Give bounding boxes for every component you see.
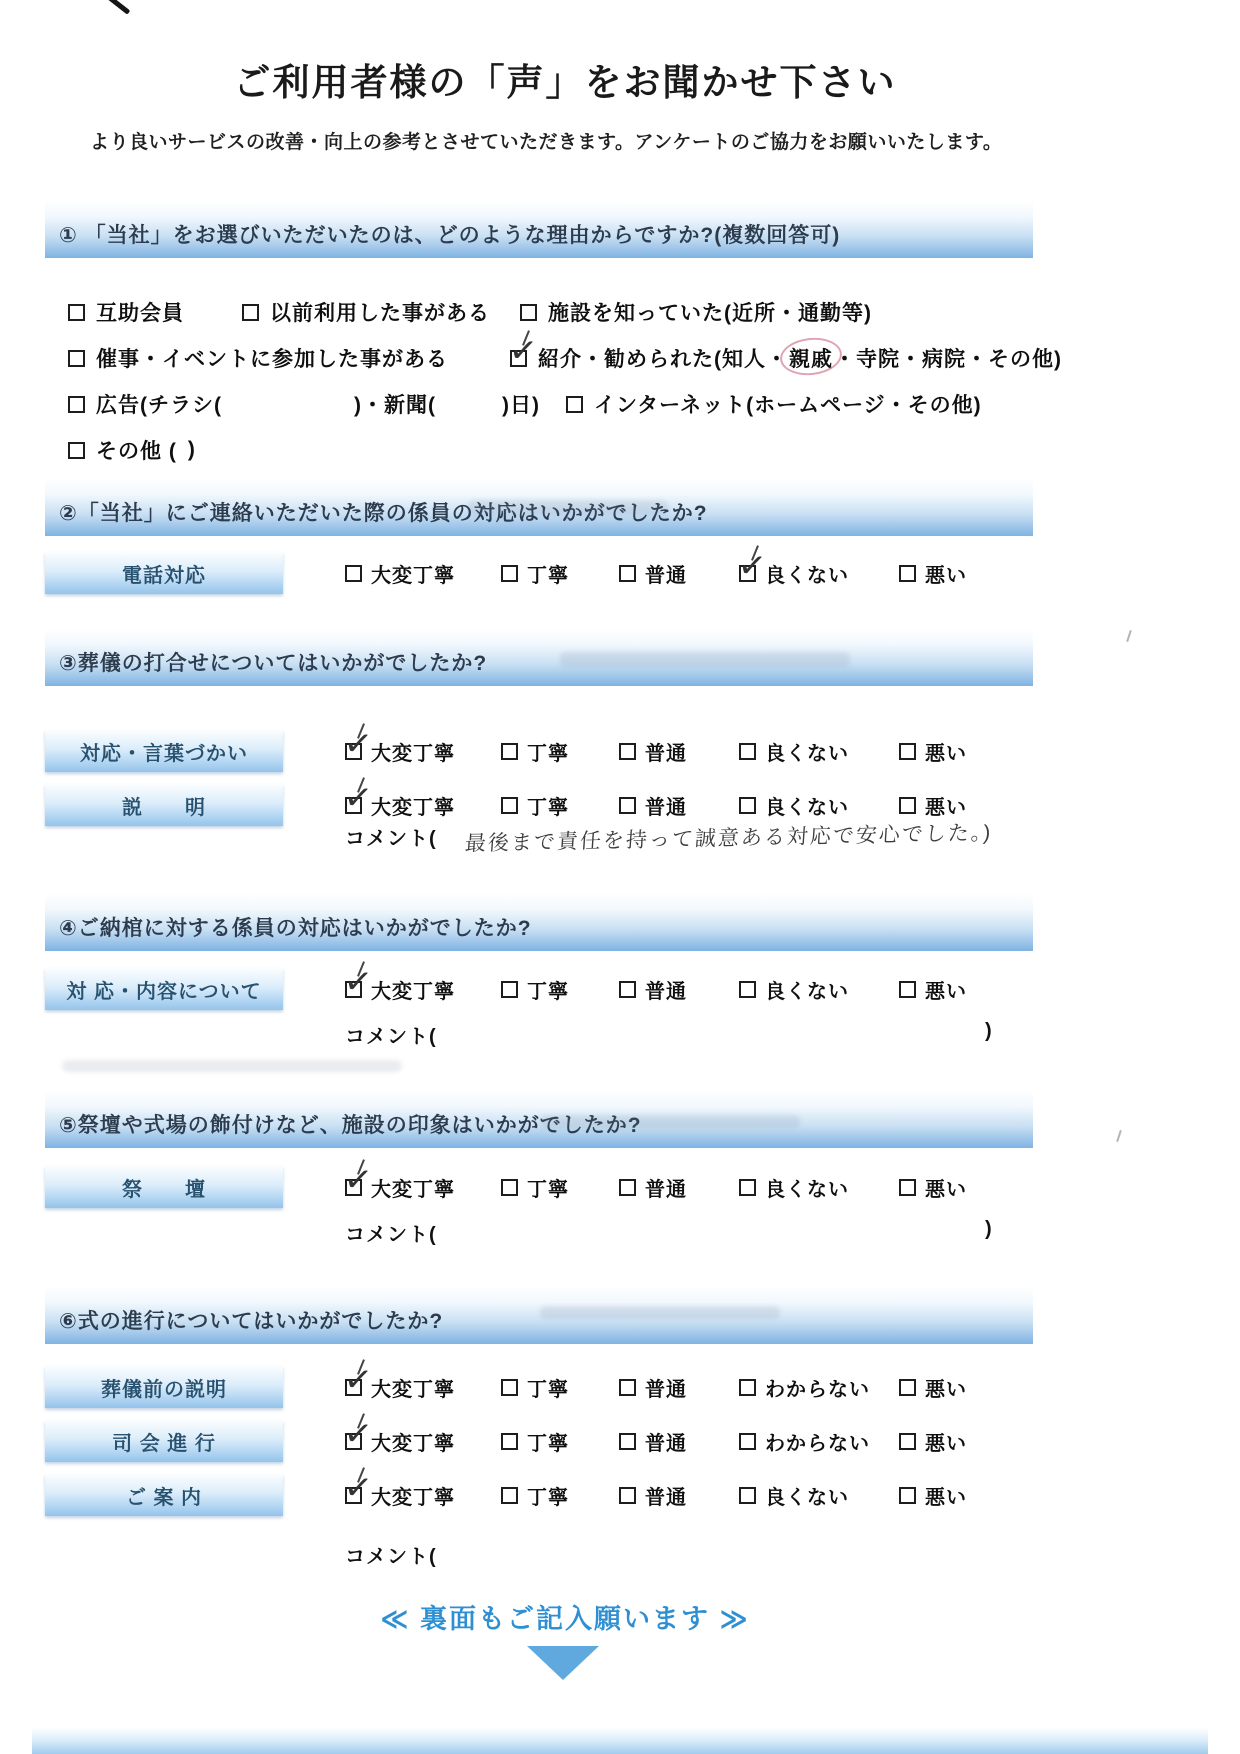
rating-option: 良くない [739, 1481, 899, 1510]
option-label: 悪い [925, 791, 967, 820]
option-label: 良くない [765, 1481, 849, 1510]
checkbox[interactable] [501, 981, 518, 998]
scan-bleed [468, 500, 668, 515]
option-label: 丁寧 [527, 737, 569, 766]
q1-header-text: ① 「当社」をお選びいただいたのは、どのような理由からですか?(複数回答可) [59, 219, 840, 249]
rating-row-phone: 電話対応 大変丁寧丁寧普通良くない悪い [0, 552, 1240, 594]
rating-option: 丁寧 [501, 737, 619, 766]
scan-bleed [540, 1115, 800, 1128]
checkbox[interactable] [501, 743, 518, 760]
rating-row-sougizen: 葬儀前の説明 大変丁寧丁寧普通わからない悪い [0, 1366, 1240, 1408]
rating-option: 普通 [619, 975, 739, 1004]
q3-header-text: ③葬儀の打合せについてはいかがでしたか? [59, 647, 487, 677]
q1-row-2: 催事・イベントに参加した事がある 紹介・勧められた(知人・親戚・寺院・病院・その… [68, 342, 1062, 374]
checkbox-checked[interactable] [345, 1179, 362, 1196]
checkbox-checked[interactable] [345, 1487, 362, 1504]
option-label: 良くない [765, 791, 849, 820]
comment-row-q3: コメント( 最後まで責任を持って誠意ある対応で安心でした。) [345, 822, 992, 852]
checkbox-checked[interactable] [345, 1379, 362, 1396]
option-label: 良くない [765, 975, 849, 1004]
option-label: 以前利用した事がある [270, 297, 490, 327]
circled-word-shinseki: 親戚 [788, 348, 834, 371]
rating-option: 普通 [619, 1373, 739, 1402]
checkbox[interactable] [739, 1179, 756, 1196]
option-label: 丁寧 [527, 1373, 569, 1402]
scan-artifact-mark [1126, 630, 1132, 642]
rating-option: 大変丁寧 [345, 1481, 501, 1510]
option-label: 紹介・勧められた(知人・親戚・寺院・病院・その他) [538, 343, 1062, 373]
option-label: 施設を知っていた(近所・通勤等) [548, 297, 872, 327]
checkbox[interactable] [68, 304, 85, 321]
checkbox-checked[interactable] [345, 981, 362, 998]
rating-option: 普通 [619, 1481, 739, 1510]
rating-option: 良くない [739, 791, 899, 820]
q1-row-1: 互助会員 以前利用した事がある 施設を知っていた(近所・通勤等) [68, 296, 872, 328]
rating-option: 悪い [899, 737, 967, 766]
rating-row-noukan: 対 応・内容について 大変丁寧丁寧普通良くない悪い [0, 968, 1240, 1010]
checkbox[interactable] [619, 743, 636, 760]
option-label: 大変丁寧 [371, 1427, 455, 1456]
option-label: 普通 [645, 1481, 687, 1510]
checkbox[interactable] [501, 1179, 518, 1196]
checkbox[interactable] [899, 565, 916, 582]
checkbox[interactable] [501, 565, 518, 582]
checkbox[interactable] [899, 1487, 916, 1504]
rating-option: 悪い [899, 559, 967, 588]
checkbox[interactable] [68, 442, 85, 459]
rating-option: 良くない [739, 1173, 899, 1202]
rating-option: わからない [739, 1427, 899, 1456]
label-segment: ・寺院・病院・その他) [834, 348, 1062, 371]
rating-option: 悪い [899, 791, 967, 820]
next-section-bar-partial [32, 1728, 1208, 1754]
checkbox[interactable] [619, 1179, 636, 1196]
comment-row-q4: コメント( [345, 1020, 437, 1049]
row-label-box: 葬儀前の説明 [45, 1366, 283, 1408]
row-label-box: ご 案 内 [45, 1474, 283, 1516]
handwritten-close-paren: ) [982, 821, 993, 844]
comment-label: コメント( [345, 822, 437, 851]
rating-options: 大変丁寧丁寧普通良くない悪い [345, 968, 967, 1010]
checkbox[interactable] [739, 1379, 756, 1396]
rating-options: 大変丁寧丁寧普通良くない悪い [345, 730, 967, 772]
scan-artifact-corner [104, 0, 131, 15]
checkbox[interactable] [501, 1433, 518, 1450]
checkbox[interactable] [899, 743, 916, 760]
row-label-text: 対応・言葉づかい [80, 737, 248, 766]
option-label: 良くない [765, 559, 849, 588]
rating-option: 丁寧 [501, 1481, 619, 1510]
row-label-text: 説 明 [122, 791, 206, 820]
option-label: 催事・イベントに参加した事がある [96, 343, 448, 373]
checkbox[interactable] [501, 797, 518, 814]
rating-options: 大変丁寧丁寧普通良くない悪い [345, 552, 967, 594]
option-label: 丁寧 [527, 975, 569, 1004]
comment-label: コメント( [345, 1020, 437, 1049]
rating-option: 大変丁寧 [345, 975, 501, 1004]
row-label-box: 電話対応 [45, 552, 283, 594]
q1-option-advertisement: 広告(チラシ( )・新聞( )日) [68, 389, 540, 419]
rating-option: 大変丁寧 [345, 1173, 501, 1202]
checkbox-checked[interactable] [345, 1433, 362, 1450]
row-label-box: 対応・言葉づかい [45, 730, 283, 772]
rating-options: 大変丁寧丁寧普通良くない悪い [345, 1166, 967, 1208]
checkbox[interactable] [739, 1433, 756, 1450]
option-label: 悪い [925, 975, 967, 1004]
checkbox[interactable] [739, 743, 756, 760]
option-label: 普通 [645, 791, 687, 820]
handwritten-comment: 最後まで責任を持って誠意ある対応で安心でした。) [464, 816, 993, 857]
rating-option: 良くない [739, 737, 899, 766]
checkbox[interactable] [566, 396, 583, 413]
q1-row-4: その他 ( ) [68, 434, 196, 466]
comment-row-q5: コメント( [345, 1218, 437, 1247]
close-paren: ) [188, 438, 196, 462]
option-label: 普通 [645, 975, 687, 1004]
checkbox[interactable] [619, 565, 636, 582]
checkbox-checked[interactable] [345, 797, 362, 814]
option-label: 大変丁寧 [371, 559, 455, 588]
rating-option: 大変丁寧 [345, 791, 501, 820]
row-label-text: ご 案 内 [126, 1481, 202, 1510]
checkbox[interactable] [619, 1487, 636, 1504]
rating-option: わからない [739, 1373, 899, 1402]
scan-bleed [540, 1306, 780, 1319]
checkbox[interactable] [619, 1433, 636, 1450]
rating-option: 悪い [899, 1481, 967, 1510]
q6-header-text: ⑥式の進行についてはいかがでしたか? [59, 1305, 443, 1335]
q4-header-text: ④ご納棺に対する係員の対応はいかがでしたか? [59, 912, 532, 942]
option-label: インターネット(ホームページ・その他) [594, 389, 982, 419]
option-label: 大変丁寧 [371, 975, 455, 1004]
scan-bleed [560, 652, 850, 667]
option-label: 大変丁寧 [371, 1173, 455, 1202]
checkbox[interactable] [899, 1433, 916, 1450]
checkbox[interactable] [501, 1379, 518, 1396]
rating-option: 大変丁寧 [345, 737, 501, 766]
rating-option: 普通 [619, 737, 739, 766]
row-label-text: 葬儀前の説明 [101, 1373, 227, 1402]
option-label: 悪い [925, 559, 967, 588]
checkbox[interactable] [899, 1379, 916, 1396]
q1-row-3: 広告(チラシ( )・新聞( )日) インターネット(ホームページ・その他) [68, 388, 982, 420]
option-label: 丁寧 [527, 1427, 569, 1456]
option-label: 丁寧 [527, 559, 569, 588]
q4-header-bar: ④ご納棺に対する係員の対応はいかがでしたか? [45, 893, 1033, 951]
row-label-text: 祭 壇 [122, 1173, 206, 1202]
checkbox[interactable] [899, 1179, 916, 1196]
rating-row-saidan: 祭 壇 大変丁寧丁寧普通良くない悪い [0, 1166, 1240, 1208]
q1-option-referral: 紹介・勧められた(知人・親戚・寺院・病院・その他) [510, 343, 1062, 373]
option-label: 大変丁寧 [371, 1373, 455, 1402]
rating-option: 普通 [619, 1173, 739, 1202]
rating-option: 悪い [899, 1427, 967, 1456]
q1-option-event: 催事・イベントに参加した事がある [68, 343, 448, 373]
rating-option: 良くない [739, 559, 899, 588]
checkbox[interactable] [739, 981, 756, 998]
option-label: 悪い [925, 1373, 967, 1402]
option-label: 丁寧 [527, 1173, 569, 1202]
rating-option: 悪い [899, 1373, 967, 1402]
option-label: 普通 [645, 559, 687, 588]
checkbox[interactable] [242, 304, 259, 321]
rating-option: 悪い [899, 975, 967, 1004]
down-arrow-icon [527, 1646, 599, 1680]
option-label: 悪い [925, 1427, 967, 1456]
rating-row-goannai: ご 案 内 大変丁寧丁寧普通良くない悪い [0, 1474, 1240, 1516]
option-label: 普通 [645, 737, 687, 766]
footer-note: ≪ 裏面もご記入願います ≫ [0, 1597, 1130, 1636]
rating-option: 丁寧 [501, 1427, 619, 1456]
comment-label: コメント( [345, 1540, 437, 1569]
row-label-text: 司 会 進 行 [112, 1427, 216, 1456]
q1-option-internet: インターネット(ホームページ・その他) [566, 389, 982, 419]
q3-header-bar: ③葬儀の打合せについてはいかがでしたか? [45, 628, 1033, 686]
row-label-text: 対 応・内容について [66, 975, 261, 1004]
scan-bleed-handwriting [62, 1060, 402, 1072]
option-label: 普通 [645, 1373, 687, 1402]
option-label: 良くない [765, 1173, 849, 1202]
rating-option: 丁寧 [501, 559, 619, 588]
handwritten-text: 最後まで責任を持って誠意ある対応で安心でした。 [464, 822, 984, 856]
option-label: 大変丁寧 [371, 1481, 455, 1510]
option-label: 丁寧 [527, 791, 569, 820]
row-label-text: 電話対応 [122, 559, 206, 588]
scan-artifact-mark [1116, 1130, 1122, 1142]
checkbox[interactable] [345, 565, 362, 582]
option-label: 互助会員 [96, 297, 184, 327]
option-label: 悪い [925, 737, 967, 766]
page-title: ご利用者様の「声」をお聞かせ下さい [0, 52, 1130, 106]
rating-row-taiou-kotoba: 対応・言葉づかい 大変丁寧丁寧普通良くない悪い [0, 730, 1240, 772]
option-label: 普通 [645, 1427, 687, 1456]
option-label: わからない [765, 1373, 870, 1402]
q1-option-used-before: 以前利用した事がある [242, 297, 490, 327]
rating-option: 普通 [619, 1427, 739, 1456]
q1-option-mutual-member: 互助会員 [68, 297, 184, 327]
option-label: 大変丁寧 [371, 791, 455, 820]
q6-header-bar: ⑥式の進行についてはいかがでしたか? [45, 1286, 1033, 1344]
row-label-box: 説 明 [45, 784, 283, 826]
label-segment: 紹介・勧められた(知人・ [538, 348, 788, 371]
rating-option: 大変丁寧 [345, 1427, 501, 1456]
row-label-box: 司 会 進 行 [45, 1420, 283, 1462]
rating-options: 大変丁寧丁寧普通良くない悪い [345, 1474, 967, 1516]
rating-option: 丁寧 [501, 791, 619, 820]
rating-option: 丁寧 [501, 975, 619, 1004]
q5-header-bar: ⑤祭壇や式場の飾付けなど、施設の印象はいかがでしたか? [45, 1090, 1033, 1148]
rating-option: 大変丁寧 [345, 1373, 501, 1402]
checkbox[interactable] [899, 981, 916, 998]
survey-page: ご利用者様の「声」をお聞かせ下さい より良いサービスの改善・向上の参考とさせてい… [0, 0, 1240, 1754]
row-label-box: 祭 壇 [45, 1166, 283, 1208]
checkbox-checked[interactable] [345, 743, 362, 760]
q1-header-bar: ① 「当社」をお選びいただいたのは、どのような理由からですか?(複数回答可) [45, 200, 1033, 258]
checkbox[interactable] [619, 1379, 636, 1396]
rating-row-setsumei: 説 明 大変丁寧丁寧普通良くない悪い [0, 784, 1240, 826]
rating-row-shikai: 司 会 進 行 大変丁寧丁寧普通わからない悪い [0, 1420, 1240, 1462]
rating-option: 普通 [619, 791, 739, 820]
option-label: その他 ( [96, 435, 177, 465]
checkbox[interactable] [68, 350, 85, 367]
rating-option: 丁寧 [501, 1173, 619, 1202]
option-label: 良くない [765, 737, 849, 766]
option-label: 悪い [925, 1173, 967, 1202]
q1-option-other: その他 ( ) [68, 435, 196, 465]
option-label: 普通 [645, 1173, 687, 1202]
option-label: 丁寧 [527, 1481, 569, 1510]
rating-option: 普通 [619, 559, 739, 588]
checkbox[interactable] [899, 797, 916, 814]
rating-option: 大変丁寧 [345, 559, 501, 588]
option-label: 悪い [925, 1481, 967, 1510]
checkbox[interactable] [739, 797, 756, 814]
option-label: わからない [765, 1427, 870, 1456]
comment-label: コメント( [345, 1218, 437, 1247]
option-label: 大変丁寧 [371, 737, 455, 766]
rating-option: 悪い [899, 1173, 967, 1202]
checkbox-checked[interactable] [510, 350, 527, 367]
rating-options: 大変丁寧丁寧普通わからない悪い [345, 1420, 967, 1462]
checkbox[interactable] [501, 1487, 518, 1504]
rating-option: 良くない [739, 975, 899, 1004]
comment-close-paren: ) [985, 1218, 992, 1241]
rating-option: 丁寧 [501, 1373, 619, 1402]
checkbox[interactable] [619, 981, 636, 998]
rating-options: 大変丁寧丁寧普通わからない悪い [345, 1366, 967, 1408]
option-label: 広告(チラシ( )・新聞( )日) [96, 389, 540, 419]
checkbox[interactable] [619, 797, 636, 814]
comment-row-q6: コメント( [345, 1540, 437, 1569]
checkbox[interactable] [520, 304, 537, 321]
q1-option-knew-facility: 施設を知っていた(近所・通勤等) [520, 297, 872, 327]
checkbox[interactable] [739, 1487, 756, 1504]
row-label-box: 対 応・内容について [45, 968, 283, 1010]
page-subtitle: より良いサービスの改善・向上の参考とさせていただきます。アンケートのご協力をお願… [90, 127, 1002, 154]
checkbox[interactable] [68, 396, 85, 413]
comment-close-paren: ) [985, 1020, 992, 1043]
checkbox-checked[interactable] [739, 565, 756, 582]
